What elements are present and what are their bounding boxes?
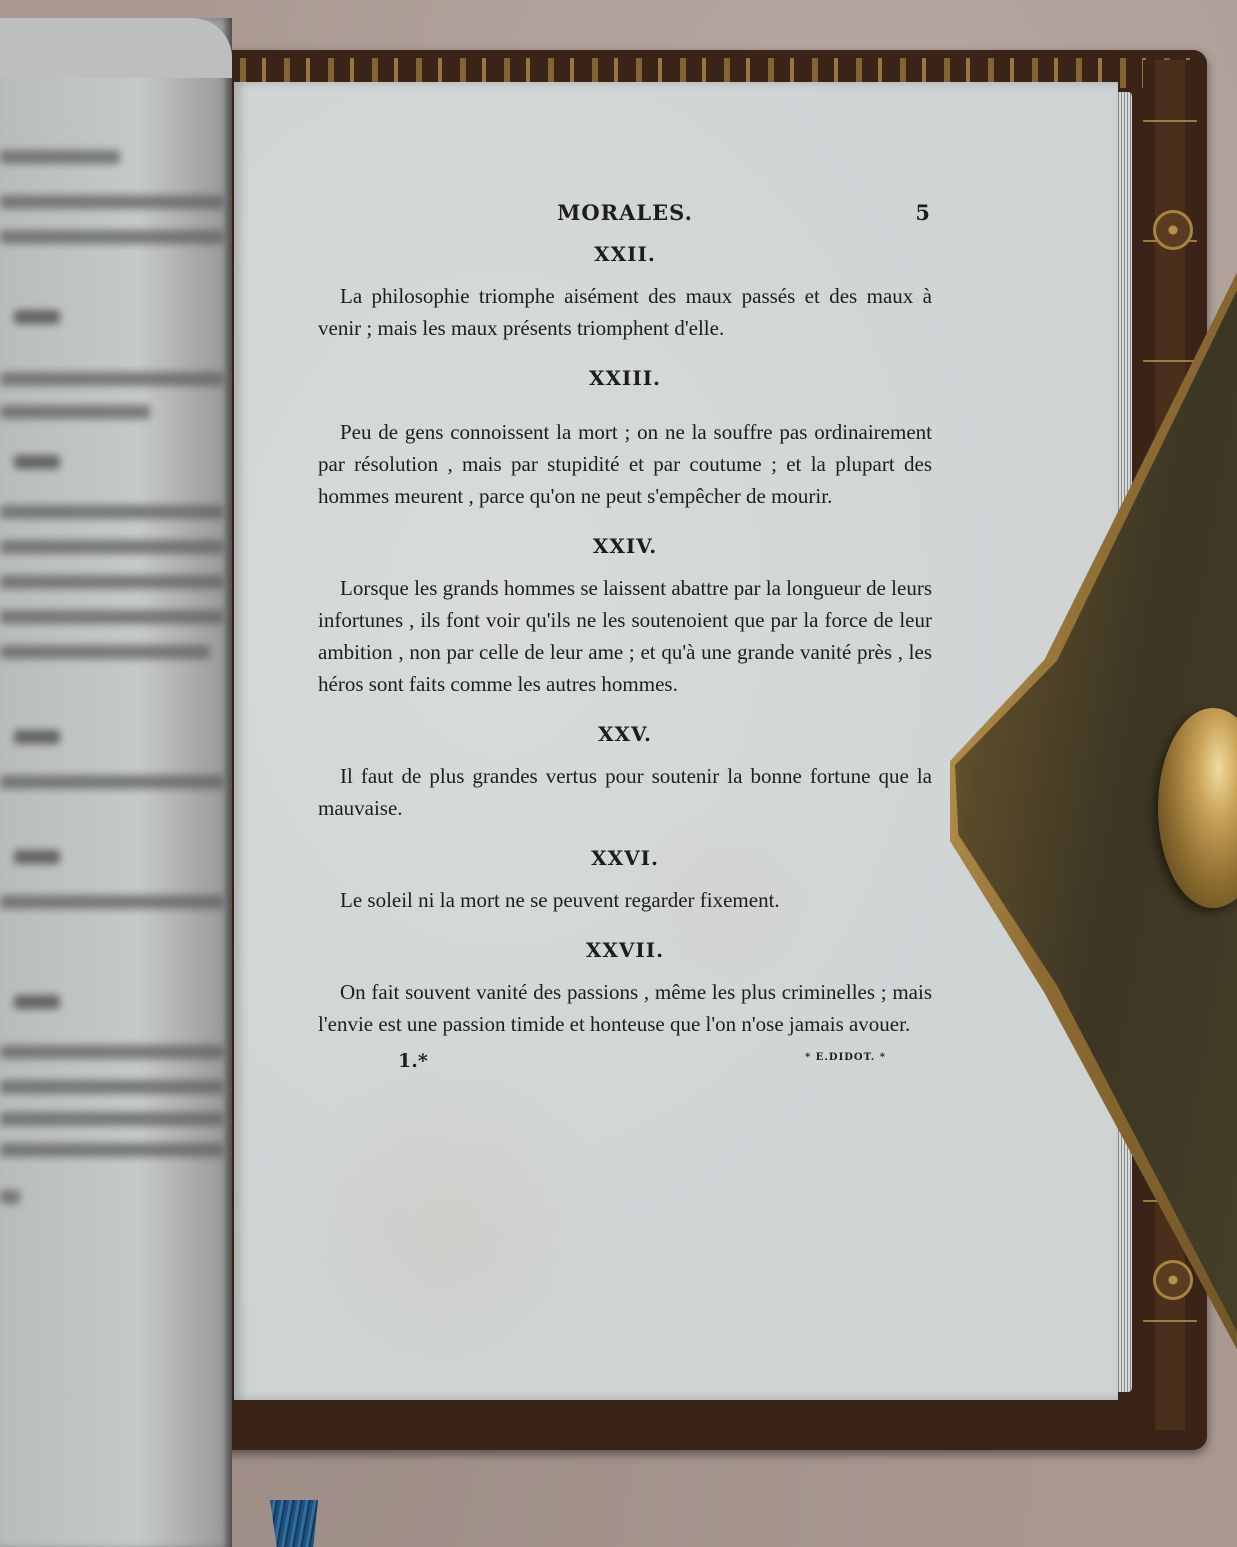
blurred-text-line xyxy=(0,1045,225,1059)
maxim-text: La philosophie triomphe aisément des mau… xyxy=(318,280,932,344)
gilt-rosette-icon xyxy=(1153,1260,1193,1300)
blurred-heading xyxy=(14,730,60,744)
blurred-text-line xyxy=(0,372,225,386)
maxim-number: XXV. xyxy=(318,722,932,746)
maxim-text: On fait souvent vanité des passions , mê… xyxy=(318,976,932,1040)
maxim-text: Peu de gens connoissent la mort ; on ne … xyxy=(318,416,932,512)
blurred-text-line xyxy=(0,895,225,909)
blurred-text-line xyxy=(0,1190,20,1204)
maxim: XXVII. On fait souvent vanité des passio… xyxy=(318,938,932,1040)
blurred-text-line xyxy=(0,575,225,589)
blurred-text-line xyxy=(0,610,225,624)
page-number: 5 xyxy=(915,200,930,225)
blurred-heading xyxy=(14,455,60,469)
maxim-text: Il faut de plus grandes vertus pour sout… xyxy=(318,760,932,824)
page-footer: 1.* * E.DIDOT. * xyxy=(318,1050,932,1080)
maxim: XXIII. Peu de gens connoissent la mort ;… xyxy=(318,366,932,512)
gilt-rosette-icon xyxy=(1153,210,1193,250)
signature-mark: 1.* xyxy=(398,1050,428,1072)
left-page-curl xyxy=(0,18,232,78)
maxim-text: Le soleil ni la mort ne se peuvent regar… xyxy=(318,884,932,916)
maxim-number: XXIV. xyxy=(318,534,932,558)
blurred-text-line xyxy=(0,1143,225,1157)
maxim: XXV. Il faut de plus grandes vertus pour… xyxy=(318,722,932,824)
blurred-text-line xyxy=(0,195,225,209)
printer-mark: * E.DIDOT. * xyxy=(805,1052,886,1063)
running-head: MORALES. 5 xyxy=(318,196,932,236)
maxim-text: Lorsque les grands hommes se laissent ab… xyxy=(318,572,932,700)
blurred-heading xyxy=(14,310,60,324)
maxim-number: XXIII. xyxy=(318,366,932,390)
bookmark-ribbon xyxy=(270,1500,318,1547)
blurred-text-line xyxy=(0,150,120,164)
blurred-text-line xyxy=(0,405,150,419)
maxim-number: XXVII. xyxy=(318,938,932,962)
blurred-heading xyxy=(14,995,60,1009)
maxim: XXVI. Le soleil ni la mort ne se peuvent… xyxy=(318,846,932,916)
maxim: XXIV. Lorsque les grands hommes se laiss… xyxy=(318,534,932,700)
blurred-text-line xyxy=(0,1112,225,1126)
maxim-number: XXII. xyxy=(318,242,932,266)
maxim-number: XXVI. xyxy=(318,846,932,870)
left-page-blurred xyxy=(0,18,232,1547)
blurred-text-line xyxy=(0,505,225,519)
blurred-text-line xyxy=(0,645,210,659)
blurred-text-line xyxy=(0,1080,225,1094)
blurred-text-line xyxy=(0,540,225,554)
blurred-heading xyxy=(14,850,60,864)
blurred-text-line xyxy=(0,775,225,789)
running-title: MORALES. xyxy=(318,200,932,225)
blurred-text-line xyxy=(0,230,225,244)
page-text-block: MORALES. 5 XXII. La philosophie triomphe… xyxy=(318,196,932,1080)
maxim: XXII. La philosophie triomphe aisément d… xyxy=(318,242,932,344)
